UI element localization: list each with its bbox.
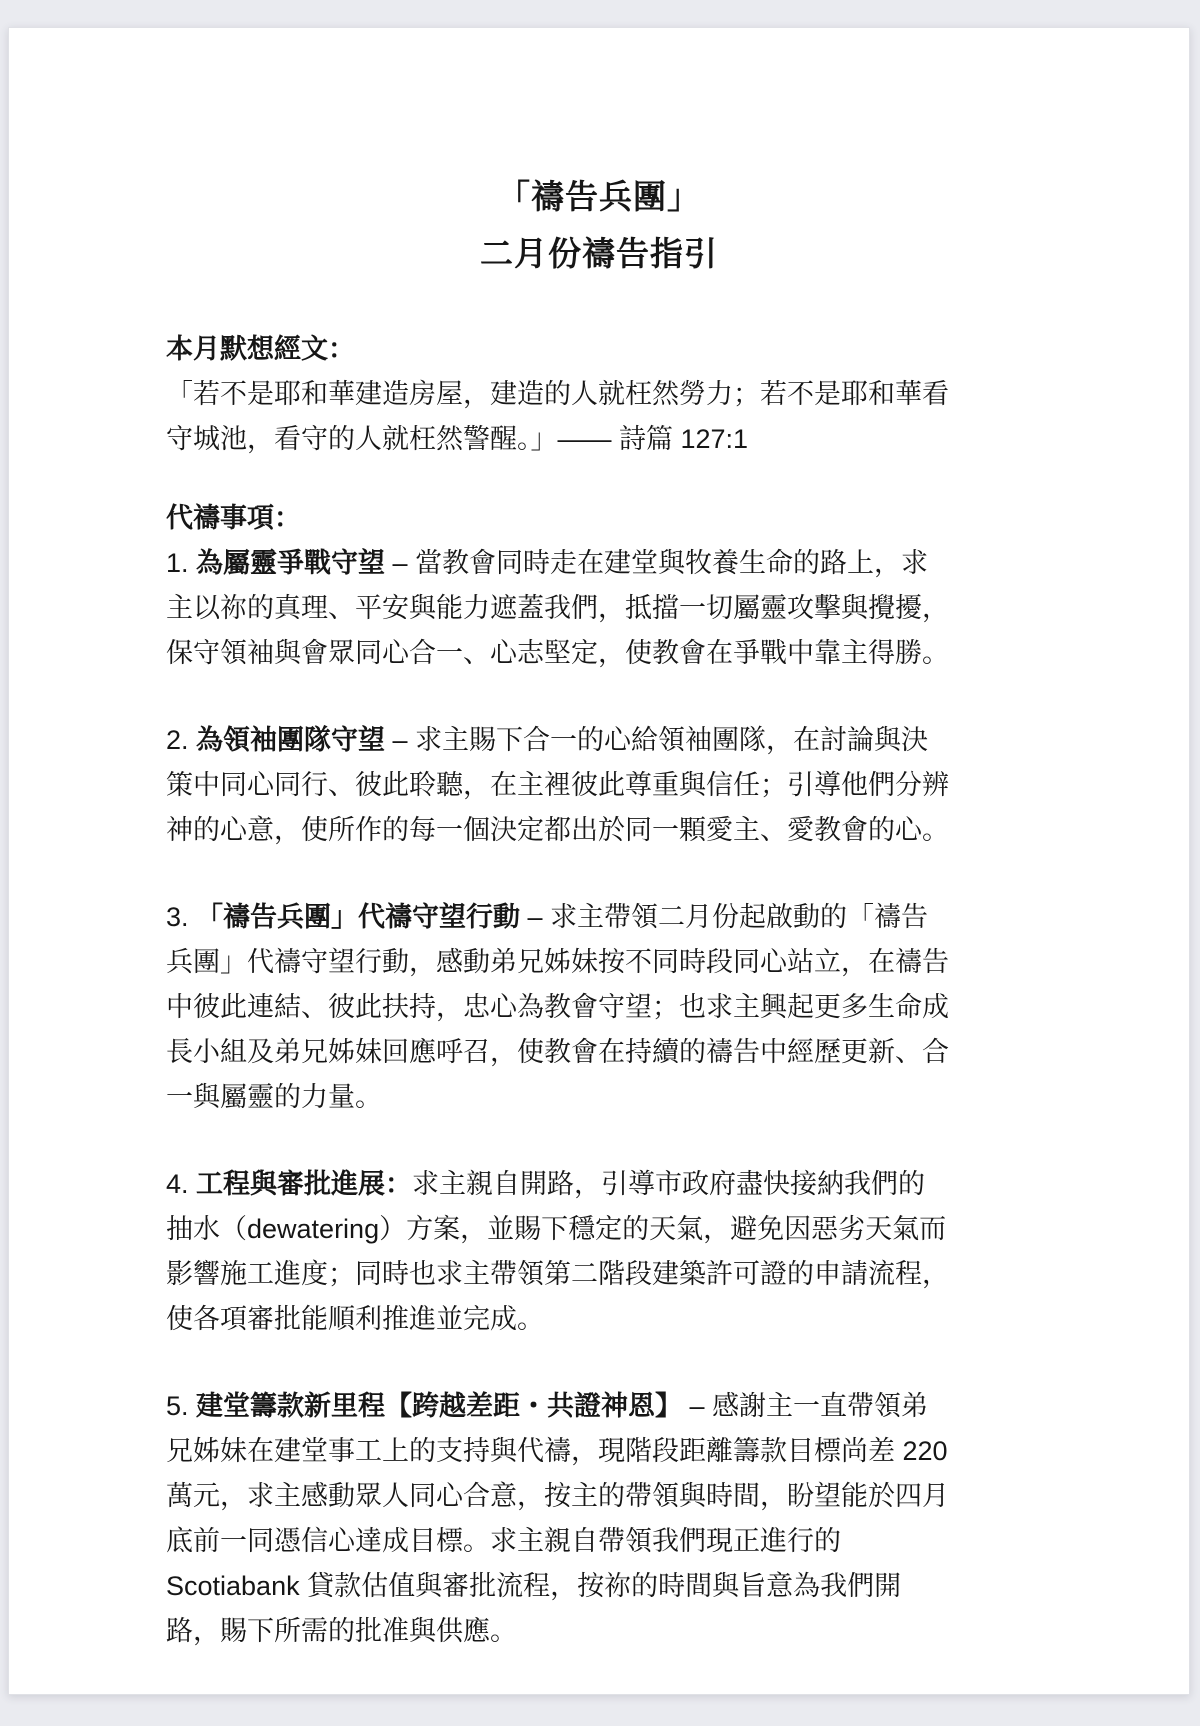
- prayer-item-separator: –: [385, 725, 415, 755]
- prayer-item-separator: –: [385, 548, 415, 578]
- document-subtitle: 二月份禱告指引: [9, 233, 1189, 274]
- meditation-section: 本月默想經文： 「若不是耶和華建造房屋，建造的人就枉然勞力；若不是耶和華看守城池…: [166, 327, 950, 462]
- document-page: 「禱告兵團」 二月份禱告指引 本月默想經文： 「若不是耶和華建造房屋，建造的人就…: [8, 27, 1190, 1695]
- prayer-item-number: 4.: [166, 1169, 196, 1199]
- prayer-item-body: 感謝主一直帶領弟兄姊妹在建堂事工上的支持與代禱，現階段距離籌款目標尚差 220 …: [166, 1391, 949, 1646]
- prayer-items-list: 1. 為屬靈爭戰守望 – 當教會同時走在建堂與牧養生命的路上，求主以祢的真理、平…: [9, 541, 1189, 1654]
- prayer-item-title: 為屬靈爭戰守望: [196, 548, 385, 578]
- prayer-item-3: 3. 「禱告兵團」代禱守望行動 – 求主帶領二月份起啟動的「禱告兵團」代禱守望行…: [166, 895, 950, 1120]
- prayer-item-5: 5. 建堂籌款新里程【跨越差距・共證神恩】 – 感謝主一直帶領弟兄姊妹在建堂事工…: [166, 1384, 950, 1654]
- prayer-item-body: 求主帶領二月份起啟動的「禱告兵團」代禱守望行動，感動弟兄姊妹按不同時段同心站立，…: [166, 902, 949, 1112]
- prayer-item-2: 2. 為領袖團隊守望 – 求主賜下合一的心給領袖團隊，在討論與決策中同心同行、彼…: [166, 718, 950, 853]
- prayer-item-1: 1. 為屬靈爭戰守望 – 當教會同時走在建堂與牧養生命的路上，求主以祢的真理、平…: [166, 541, 950, 676]
- meditation-heading: 本月默想經文：: [166, 327, 950, 372]
- prayer-item-separator: –: [682, 1391, 712, 1421]
- prayer-item-title: 工程與審批進展：: [196, 1169, 412, 1199]
- prayer-item-title: 建堂籌款新里程【跨越差距・共證神恩】: [196, 1391, 682, 1421]
- prayer-item-number: 5.: [166, 1391, 196, 1421]
- prayer-item-number: 1.: [166, 548, 196, 578]
- prayer-item-title: 「禱告兵團」代禱守望行動: [196, 902, 520, 932]
- prayer-item-separator: –: [520, 902, 550, 932]
- prayer-item-number: 3.: [166, 902, 196, 932]
- document-title: 「禱告兵團」: [9, 176, 1189, 217]
- prayer-items-heading: 代禱事項：: [166, 496, 950, 541]
- meditation-scripture-text: 「若不是耶和華建造房屋，建造的人就枉然勞力；若不是耶和華看守城池，看守的人就枉然…: [166, 372, 950, 462]
- prayer-item-number: 2.: [166, 725, 196, 755]
- prayer-item-title: 為領袖團隊守望: [196, 725, 385, 755]
- prayer-item-4: 4. 工程與審批進展：求主親自開路，引導市政府盡快接納我們的抽水（dewater…: [166, 1162, 950, 1342]
